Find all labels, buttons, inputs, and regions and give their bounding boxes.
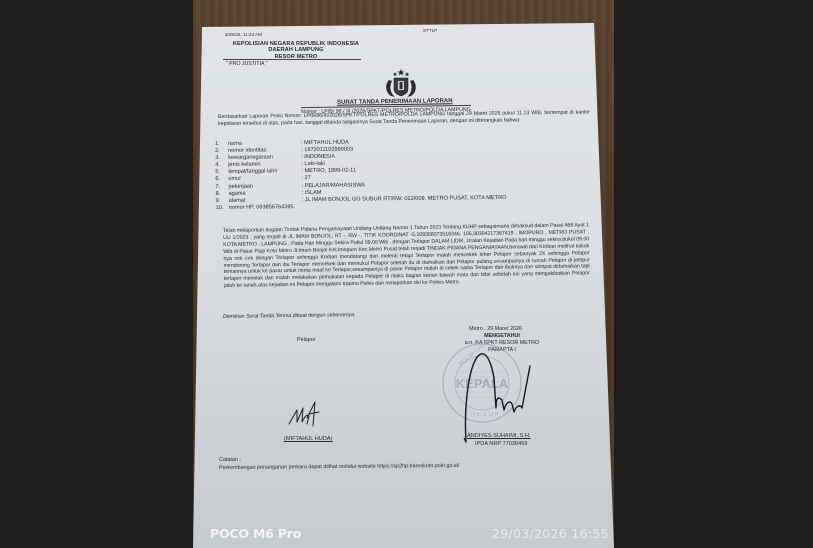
officer-rank-nrp: IPDA NRP 77030459 (475, 441, 527, 447)
polri-crest-icon (381, 68, 421, 100)
document: 3/29/26, 11:23 AM STTLP KEPOLISIAN NEGAR… (193, 0, 614, 548)
letterhead: KEPOLISIAN NEGARA REPUBLIK INDONESIA DAE… (221, 41, 371, 60)
sign-place-date: Metro , 29 Maret 2026 (469, 326, 522, 332)
notes-text: Perkembangan penanganan perkara dapat di… (219, 463, 460, 471)
photo-frame: 3/29/26, 11:23 AM STTLP KEPOLISIAN NEGAR… (193, 0, 614, 548)
report-body: Telah melaporkan dugaan Tindak Pidana Pe… (223, 222, 590, 290)
form-code: STTLP (423, 28, 437, 33)
identity-list: 1. nama : MIFTAHUL HUDA 2. nomor identit… (215, 138, 507, 212)
notes-label: Catatan : (219, 457, 241, 463)
camera-device-watermark: POCO M6 Pro (210, 526, 301, 541)
pro-justitia: " PRO JUSTITIA " (226, 61, 267, 67)
letterhead-divider (223, 59, 361, 60)
camera-datetime-watermark: 29/03/2026 16:55 (492, 526, 609, 541)
officer-name: ANDIYES SUHAIMI, S.H. (467, 433, 530, 439)
acknowledged-label: MENGETAHUI (447, 333, 557, 340)
reporter-label: Pelapor (297, 337, 316, 343)
print-timestamp: 3/29/26, 11:23 AM (225, 32, 262, 37)
reporter-name: (MIFTAHUL HUDA) (284, 436, 332, 442)
reporter-signature-icon (285, 396, 325, 432)
closing-statement: Demikian Surat Tanda Terima dibuat denga… (223, 312, 356, 320)
intro-paragraph: Berdasarkan Laporan Polisi Nomor: LP/B/9… (218, 109, 590, 127)
